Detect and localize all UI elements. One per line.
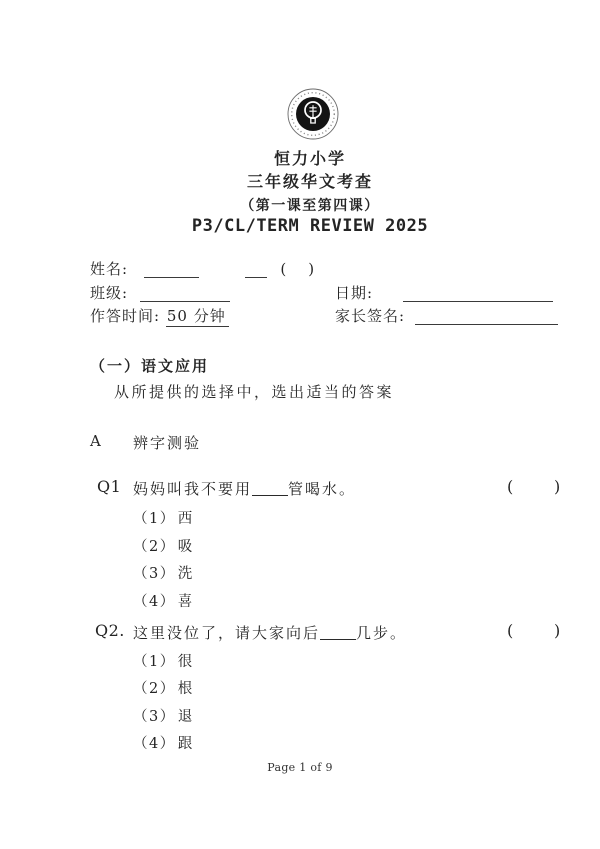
time-row: 作答时间: 50 分钟 [90, 305, 229, 326]
school-crest-icon [286, 87, 340, 141]
student-info-form: 姓名: () 班级: 日期: 作答时间: 50 分钟 家长签名: [90, 258, 570, 340]
part-title: 辨字测验 [133, 432, 201, 453]
class-row: 班级: [90, 282, 230, 303]
question-2-answer-paren-open: ( [507, 621, 513, 640]
class-field-line [140, 287, 230, 302]
question-1-option-4: （4）喜 [133, 590, 194, 611]
exam-code: P3/CL/TERM REVIEW 2025 [20, 216, 600, 236]
section-instruction: 从所提供的选择中，选出适当的答案 [114, 381, 394, 402]
page-number: Page 1 of 9 [0, 761, 600, 774]
question-1-option-3: （3）洗 [133, 562, 194, 583]
part-letter: A [90, 432, 101, 450]
question-2-number: Q2. [95, 621, 125, 640]
question-2-option-2: （2）根 [133, 677, 194, 698]
name-row: 姓名: () [90, 258, 314, 279]
question-2-blank [320, 625, 356, 640]
index-field-line [245, 263, 267, 278]
name-label: 姓名: [90, 260, 128, 278]
question-1-number: Q1 [97, 477, 121, 496]
time-value: 50 分钟 [166, 307, 229, 327]
exam-title: 三年级华文考查 [20, 169, 600, 192]
school-name: 恒力小学 [20, 146, 600, 169]
section-title: （一）语文应用 [90, 355, 209, 376]
question-1-option-2: （2）吸 [133, 535, 194, 556]
question-2-text: 这里没位了，请大家向后几步。 [133, 622, 407, 643]
date-field-line [403, 287, 553, 302]
date-label: 日期: [335, 284, 373, 302]
question-1-blank [252, 481, 288, 496]
index-paren: () [280, 260, 314, 278]
question-1-answer-paren-close: ) [554, 477, 560, 496]
time-label: 作答时间: [90, 307, 160, 325]
exam-scope: （第一课至第四课） [20, 195, 600, 215]
name-field-line [144, 263, 199, 278]
class-label: 班级: [90, 284, 128, 302]
question-2-option-3: （3）退 [133, 705, 194, 726]
question-1-answer-paren-open: ( [507, 477, 513, 496]
question-2-answer-paren-close: ) [554, 621, 560, 640]
parent-signature-label: 家长签名: [335, 307, 405, 325]
question-1-option-1: （1）西 [133, 507, 194, 528]
question-1-text: 妈妈叫我不要用管喝水。 [133, 478, 356, 499]
question-2-option-4: （4）跟 [133, 732, 194, 753]
date-row: 日期: [335, 282, 553, 303]
question-2-option-1: （1）很 [133, 650, 194, 671]
parent-signature-row: 家长签名: [335, 305, 558, 326]
school-crest-logo [286, 87, 340, 141]
parent-signature-line [415, 310, 558, 325]
